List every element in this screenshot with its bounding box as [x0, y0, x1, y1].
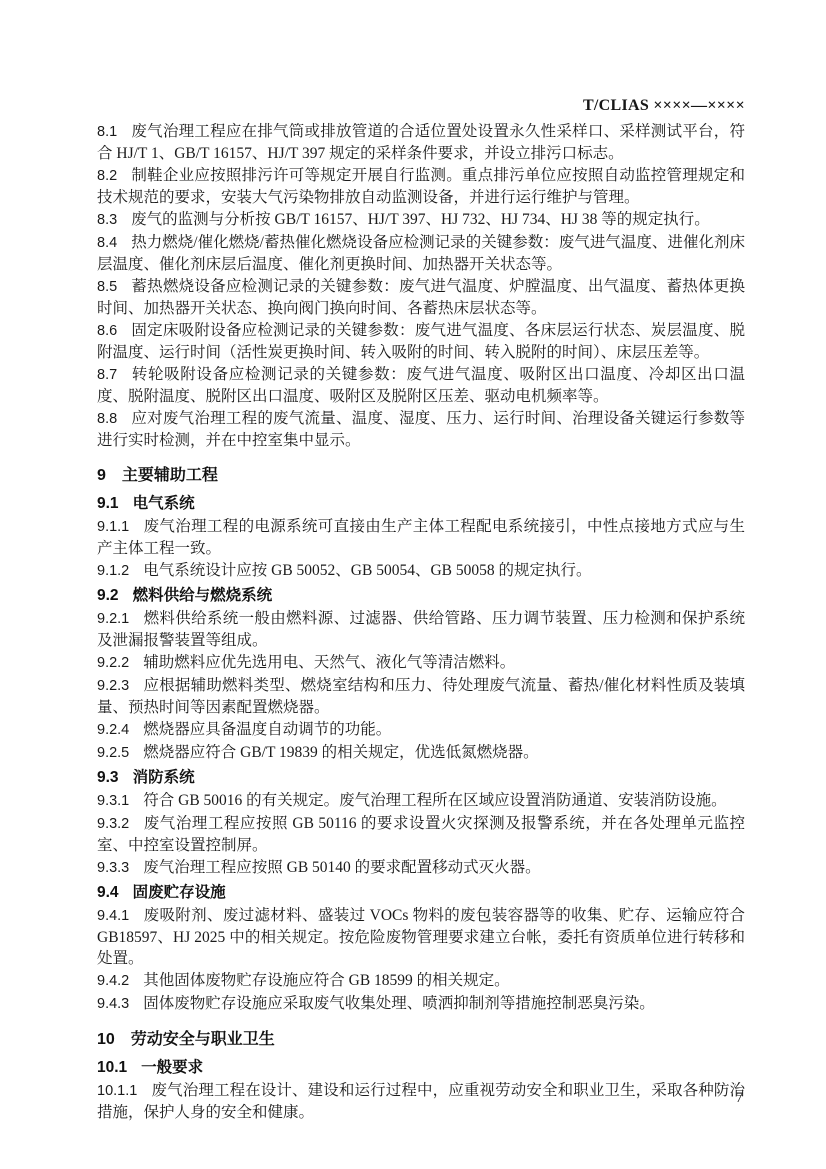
heading-title: 劳动安全与职业卫生 [131, 1031, 275, 1048]
clause-text: 固体废物贮存设施应采取废气收集处理、喷洒抑制剂等措施控制恶臭污染。 [143, 995, 655, 1012]
clause-number: 9.2.1 [97, 611, 129, 627]
clause-number: 9.3.3 [97, 860, 129, 876]
clause-text: 其他固体废物贮存设施应符合 GB 18599 的相关规定。 [143, 972, 509, 989]
heading-number: 9.1 [97, 495, 119, 512]
clause-8.7: 8.7转轮吸附设备应检测记录的关键参数：废气进气温度、吸附区出口温度、冷却区出口… [97, 364, 745, 407]
subsection-heading-10.1: 10.1一般要求 [97, 1057, 745, 1078]
heading-number: 9.4 [97, 884, 119, 901]
clause-text: 废气治理工程的电源系统可直接由生产主体工程配电系统接引，中性点接地方式应与生产主… [97, 518, 745, 557]
subsection-heading-9.1: 9.1电气系统 [97, 493, 745, 514]
clause-number: 9.1.2 [97, 563, 129, 579]
clause-number: 9.2.3 [97, 678, 129, 694]
clause-8.1: 8.1废气治理工程应在排气筒或排放管道的合适位置处设置永久性采样口、采样测试平台… [97, 121, 745, 164]
clause-9.3.2: 9.3.2废气治理工程应按照 GB 50116 的要求设置火灾探测及报警系统，并… [97, 813, 745, 856]
standard-code: T/CLIAS ××××—×××× [583, 97, 745, 114]
heading-number: 9.2 [97, 587, 119, 604]
subsection-heading-9.2: 9.2燃料供给与燃烧系统 [97, 585, 745, 606]
clause-8.5: 8.5蓄热燃烧设备应检测记录的关键参数：废气进气温度、炉膛温度、出气温度、蓄热体… [97, 276, 745, 319]
clause-9.2.2: 9.2.2辅助燃料应优先选用电、天然气、液化气等清洁燃料。 [97, 652, 745, 674]
clause-9.2.4: 9.2.4燃烧器应具备温度自动调节的功能。 [97, 719, 745, 741]
clause-text: 热力燃烧/催化燃烧/蓄热催化燃烧设备应检测记录的关键参数：废气进气温度、进催化剂… [97, 234, 745, 273]
clause-number: 8.3 [97, 212, 117, 228]
clause-number: 8.5 [97, 279, 117, 295]
clause-number: 9.1.1 [97, 519, 129, 535]
clause-9.1.1: 9.1.1废气治理工程的电源系统可直接由生产主体工程配电系统接引，中性点接地方式… [97, 516, 745, 559]
clause-number: 8.2 [97, 168, 117, 184]
heading-title: 一般要求 [141, 1059, 203, 1076]
heading-title: 主要辅助工程 [122, 467, 218, 484]
clause-text: 燃烧器应具备温度自动调节的功能。 [143, 721, 391, 738]
clause-text: 废气治理工程应按照 GB 50140 的要求配置移动式灭火器。 [143, 859, 540, 876]
document-page: T/CLIAS ××××—×××× 8.1废气治理工程应在排气筒或排放管道的合适… [0, 0, 826, 1169]
clause-text: 固定床吸附设备应检测记录的关键参数：废气进气温度、各床层运行状态、炭层温度、脱附… [97, 322, 745, 361]
clause-number: 9.4.1 [97, 908, 129, 924]
heading-title: 燃料供给与燃烧系统 [133, 587, 273, 604]
clause-9.2.5: 9.2.5燃烧器应符合 GB/T 19839 的相关规定，优选低氮燃烧器。 [97, 742, 745, 764]
clause-text: 蓄热燃烧设备应检测记录的关键参数：废气进气温度、炉膛温度、出气温度、蓄热体更换时… [97, 278, 745, 317]
clause-number: 9.4.2 [97, 973, 129, 989]
clause-number: 8.4 [97, 235, 117, 251]
clause-number: 8.7 [97, 367, 117, 383]
clause-text: 废吸附剂、废过滤材料、盛装过 VOCs 物料的废包装容器等的收集、贮存、运输应符… [97, 907, 745, 967]
clause-text: 转轮吸附设备应检测记录的关键参数：废气进气温度、吸附区出口温度、冷却区出口温度、… [97, 366, 745, 405]
section-heading-9: 9主要辅助工程 [97, 465, 745, 486]
clause-text: 符合 GB 50016 的有关规定。废气治理工程所在区域应设置消防通道、安装消防… [143, 792, 726, 809]
subsection-heading-9.4: 9.4固废贮存设施 [97, 882, 745, 903]
clause-number: 9.4.3 [97, 996, 129, 1012]
clause-number: 8.6 [97, 323, 117, 339]
subsection-heading-9.3: 9.3消防系统 [97, 767, 745, 788]
clause-text: 废气的监测与分析按 GB/T 16157、HJ/T 397、HJ 732、HJ … [131, 211, 710, 228]
clause-number: 8.1 [97, 124, 117, 140]
clause-number: 9.3.1 [97, 793, 129, 809]
clause-text: 废气治理工程应按照 GB 50116 的要求设置火灾探测及报警系统，并在各处理单… [97, 815, 745, 854]
clause-8.6: 8.6固定床吸附设备应检测记录的关键参数：废气进气温度、各床层运行状态、炭层温度… [97, 320, 745, 363]
document-header: T/CLIAS ××××—×××× [97, 97, 745, 115]
heading-title: 消防系统 [133, 769, 195, 786]
clause-text: 燃料供给系统一般由燃料源、过滤器、供给管路、压力调节装置、压力检测和保护系统及泄… [97, 610, 745, 649]
document-footer: 7 [97, 1090, 743, 1107]
clause-text: 应对废气治理工程的废气流量、温度、湿度、压力、运行时间、治理设备关键运行参数等进… [97, 410, 745, 449]
clause-9.2.3: 9.2.3应根据辅助燃料类型、燃烧室结构和压力、待处理废气流量、蓄热/催化材料性… [97, 675, 745, 718]
clause-8.8: 8.8应对废气治理工程的废气流量、温度、湿度、压力、运行时间、治理设备关键运行参… [97, 408, 745, 451]
clause-9.4.3: 9.4.3固体废物贮存设施应采取废气收集处理、喷洒抑制剂等措施控制恶臭污染。 [97, 993, 745, 1015]
clause-text: 燃烧器应符合 GB/T 19839 的相关规定，优选低氮燃烧器。 [143, 744, 538, 761]
clause-text: 应根据辅助燃料类型、燃烧室结构和压力、待处理废气流量、蓄热/催化材料性质及装填量… [97, 677, 745, 716]
clause-number: 9.2.5 [97, 745, 129, 761]
clause-9.3.1: 9.3.1符合 GB 50016 的有关规定。废气治理工程所在区域应设置消防通道… [97, 790, 745, 812]
clause-9.2.1: 9.2.1燃料供给系统一般由燃料源、过滤器、供给管路、压力调节装置、压力检测和保… [97, 608, 745, 651]
section-heading-10: 10劳动安全与职业卫生 [97, 1029, 745, 1050]
clause-number: 9.2.4 [97, 722, 129, 738]
heading-number: 10 [97, 1031, 115, 1048]
clause-text: 废气治理工程应在排气筒或排放管道的合适位置处设置永久性采样口、采样测试平台，符合… [97, 123, 745, 162]
clause-8.4: 8.4热力燃烧/催化燃烧/蓄热催化燃烧设备应检测记录的关键参数：废气进气温度、进… [97, 232, 745, 275]
clause-9.1.2: 9.1.2电气系统设计应按 GB 50052、GB 50054、GB 50058… [97, 560, 745, 582]
clause-9.4.1: 9.4.1废吸附剂、废过滤材料、盛装过 VOCs 物料的废包装容器等的收集、贮存… [97, 905, 745, 969]
clause-9.4.2: 9.4.2其他固体废物贮存设施应符合 GB 18599 的相关规定。 [97, 970, 745, 992]
clause-8.2: 8.2制鞋企业应按照排污许可等规定开展自行监测。重点排污单位应按照自动监控管理规… [97, 165, 745, 208]
clause-number: 9.3.2 [97, 816, 129, 832]
clause-number: 8.8 [97, 411, 117, 427]
heading-number: 10.1 [97, 1059, 127, 1076]
page-number: 7 [736, 1090, 743, 1106]
document-body: 8.1废气治理工程应在排气筒或排放管道的合适位置处设置永久性采样口、采样测试平台… [97, 121, 745, 1124]
clause-text: 辅助燃料应优先选用电、天然气、液化气等清洁燃料。 [143, 654, 515, 671]
heading-title: 固废贮存设施 [133, 884, 226, 901]
heading-title: 电气系统 [133, 495, 195, 512]
clause-9.3.3: 9.3.3废气治理工程应按照 GB 50140 的要求配置移动式灭火器。 [97, 857, 745, 879]
clause-text: 电气系统设计应按 GB 50052、GB 50054、GB 50058 的规定执… [143, 562, 591, 579]
heading-number: 9.3 [97, 769, 119, 786]
clause-number: 9.2.2 [97, 655, 129, 671]
heading-number: 9 [97, 467, 106, 484]
clause-text: 制鞋企业应按照排污许可等规定开展自行监测。重点排污单位应按照自动监控管理规定和技… [97, 167, 745, 206]
clause-8.3: 8.3废气的监测与分析按 GB/T 16157、HJ/T 397、HJ 732、… [97, 209, 745, 231]
